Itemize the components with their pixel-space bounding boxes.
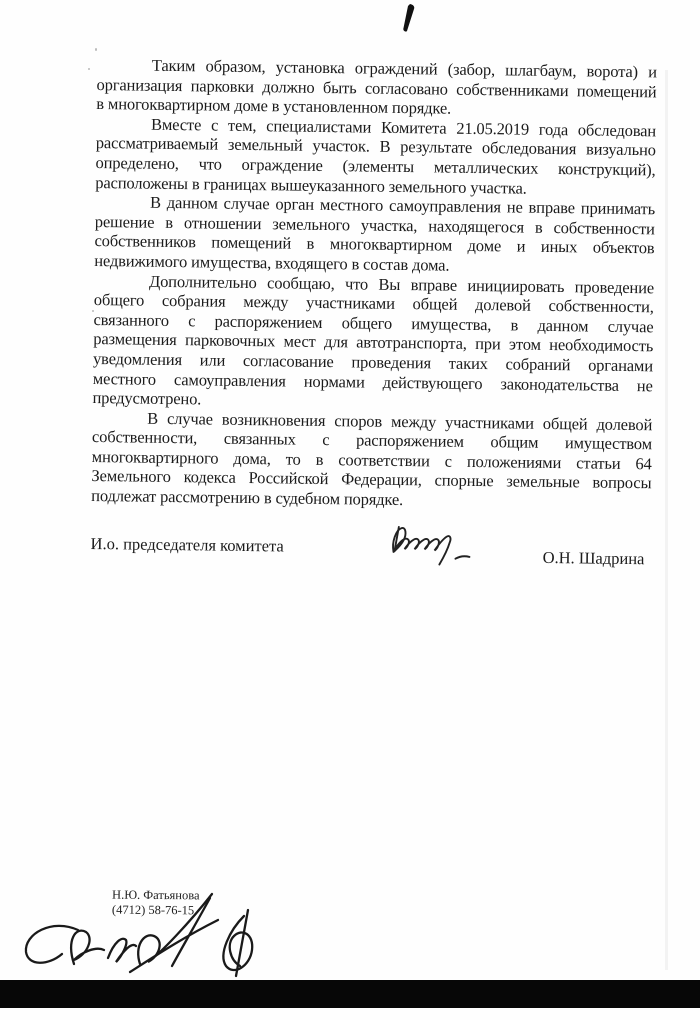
letter-body: Таким образом, установка ограждений (заб… — [90, 55, 657, 595]
scan-edge-noise — [665, 70, 668, 970]
scan-speck — [92, 310, 94, 312]
executor-signature — [12, 892, 262, 980]
signature-block: И.о. председателя комитета О.Н. Шадрина — [90, 528, 651, 595]
scan-speck — [88, 68, 90, 70]
paragraph: Таким образом, установка ограждений (заб… — [96, 55, 657, 121]
paragraph: Дополнительно сообщаю, что Вы вправе ини… — [92, 271, 654, 415]
chair-signature — [383, 503, 494, 570]
ink-mark — [398, 4, 416, 32]
scan-speck — [95, 48, 97, 51]
signer-name: О.Н. Шадрина — [543, 548, 645, 569]
scanned-letter-page: Таким образом, установка ограждений (заб… — [0, 0, 700, 1020]
scan-edge-bar — [0, 980, 700, 1008]
position-title: И.о. председателя комитета — [90, 534, 283, 557]
paragraph: В данном случае орган местного самоуправ… — [94, 192, 655, 278]
paragraph: В случае возникновения споров между учас… — [91, 408, 652, 513]
paragraph: Вместе с тем, специалистами Комитета 21.… — [95, 114, 656, 200]
